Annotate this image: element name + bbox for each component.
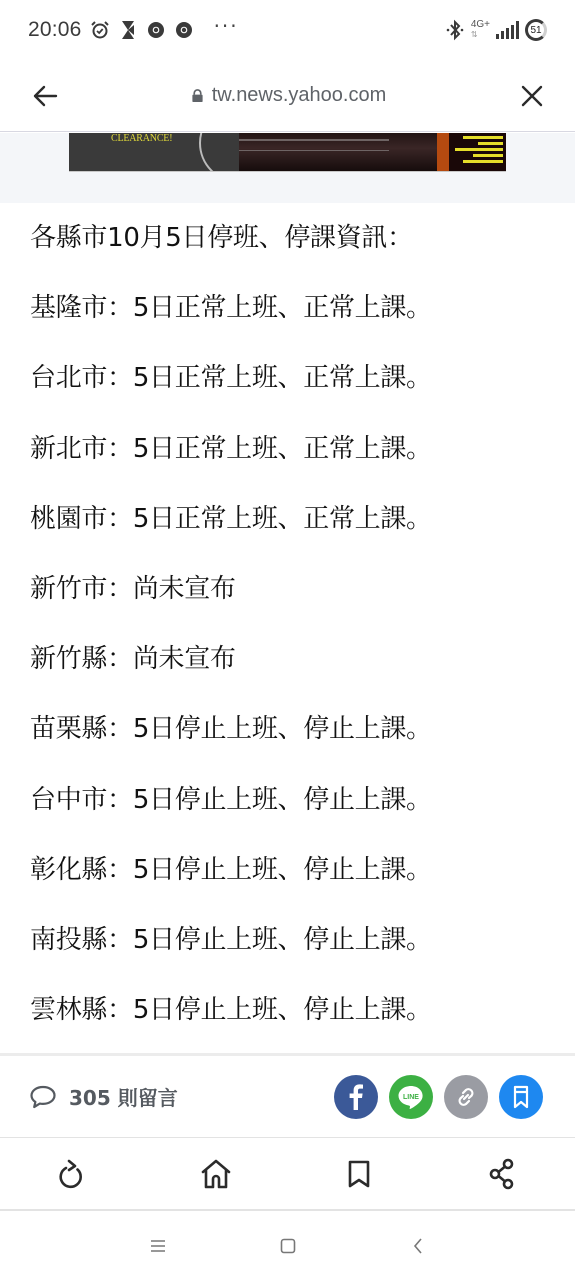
link-icon <box>453 1084 479 1110</box>
comment-count: 305 則留言 <box>69 1082 178 1111</box>
refresh-button[interactable] <box>42 1144 102 1204</box>
region-name: 基隆市 <box>30 293 107 323</box>
app-icon <box>118 20 138 40</box>
region-status: 5日停止上班、停止上課。 <box>133 785 432 815</box>
region-status: 5日正常上班、正常上課。 <box>133 363 432 393</box>
region-status: 尚未宣布 <box>133 574 236 604</box>
battery-level: 51 <box>530 25 541 36</box>
back-button[interactable] <box>30 81 60 111</box>
article-line: 南投縣：5日停止上班、停止上課。 <box>0 905 575 975</box>
region-status: 尚未宣布 <box>133 644 236 674</box>
comment-icon <box>29 1084 57 1110</box>
region-status: 5日停止上班、停止上課。 <box>133 925 432 955</box>
network-type: 4G+ <box>471 20 490 30</box>
comment-share-bar: 305 則留言 LINE <box>0 1053 575 1137</box>
recents-button[interactable] <box>143 1231 173 1261</box>
separator: ： <box>107 644 133 674</box>
home-button[interactable] <box>186 1144 246 1204</box>
article-body: 各縣市10月5日停班、停課資訊： 基隆市：5日正常上班、正常上課。 台北市：5日… <box>0 203 575 1045</box>
separator: ： <box>107 434 133 464</box>
status-bar: 20:06 ··· 4G+ ⇅ 51 <box>0 0 575 60</box>
region-name: 新竹縣 <box>30 644 107 674</box>
region-name: 彰化縣 <box>30 855 107 885</box>
region-name: 桃園市 <box>30 504 107 534</box>
separator: ： <box>107 995 133 1025</box>
article-line: 苗栗縣：5日停止上班、停止上課。 <box>0 694 575 764</box>
more-notifications-icon: ··· <box>214 16 239 36</box>
custom-tab-toolbar: tw.news.yahoo.com <box>0 60 575 132</box>
comment-count-number: 305 <box>69 1086 111 1110</box>
bookmark-outline-icon <box>347 1159 371 1189</box>
menu-lines-icon <box>150 1239 166 1253</box>
article-line: 新北市：5日正常上班、正常上課。 <box>0 414 575 484</box>
article-line: 雲林縣：5日停止上班、停止上課。 <box>0 975 575 1045</box>
system-back-button[interactable] <box>403 1231 433 1261</box>
share-line-button[interactable]: LINE <box>389 1075 433 1119</box>
region-name: 新北市 <box>30 434 107 464</box>
share-buttons: LINE <box>334 1075 543 1119</box>
close-icon <box>521 85 543 107</box>
region-name: 台北市 <box>30 363 107 393</box>
separator: ： <box>107 855 133 885</box>
region-name: 南投縣 <box>30 925 107 955</box>
chevron-left-icon <box>412 1237 424 1255</box>
chrome-icon <box>174 20 194 40</box>
square-icon <box>280 1238 296 1254</box>
article-line: 彰化縣：5日停止上班、停止上課。 <box>0 835 575 905</box>
bookmark-icon <box>512 1085 530 1109</box>
refresh-icon <box>58 1158 86 1190</box>
separator: ： <box>107 504 133 534</box>
signal-icon <box>496 21 519 39</box>
system-home-button[interactable] <box>273 1231 303 1261</box>
region-status: 5日停止上班、停止上課。 <box>133 995 432 1025</box>
article-line: 新竹縣：尚未宣布 <box>0 624 575 694</box>
image-caption-text: CLEARANCE! <box>111 133 172 144</box>
chrome-icon <box>146 20 166 40</box>
system-navigation-bar <box>0 1211 575 1280</box>
region-name: 新竹市 <box>30 574 107 604</box>
article-heading: 各縣市10月5日停班、停課資訊： <box>0 203 575 273</box>
save-bookmark-button[interactable] <box>499 1075 543 1119</box>
share-button[interactable] <box>473 1144 533 1204</box>
battery-icon: 51 <box>525 19 547 41</box>
svg-text:LINE: LINE <box>403 1094 419 1101</box>
separator: ： <box>107 714 133 744</box>
separator: ： <box>107 574 133 604</box>
separator: ： <box>107 293 133 323</box>
separator: ： <box>107 925 133 955</box>
share-facebook-button[interactable] <box>334 1075 378 1119</box>
region-status: 5日正常上班、正常上課。 <box>133 434 432 464</box>
article-line: 基隆市：5日正常上班、正常上課。 <box>0 273 575 343</box>
network-indicator: 4G+ ⇅ <box>471 20 490 40</box>
region-status: 5日停止上班、停止上課。 <box>133 855 432 885</box>
clock: 20:06 <box>28 18 82 42</box>
line-icon: LINE <box>396 1083 426 1111</box>
url-display[interactable]: tw.news.yahoo.com <box>191 84 387 107</box>
article-image[interactable]: CLEARANCE! <box>69 133 506 171</box>
alarm-icon <box>90 20 110 40</box>
hero-image-area: CLEARANCE! <box>0 133 575 203</box>
share-icon <box>488 1157 518 1191</box>
region-status: 5日停止上班、停止上課。 <box>133 714 432 744</box>
bluetooth-icon <box>445 20 465 40</box>
bottom-toolbar <box>0 1137 575 1211</box>
separator: ： <box>107 785 133 815</box>
region-name: 苗栗縣 <box>30 714 107 744</box>
status-bar-left: 20:06 ··· <box>28 18 239 42</box>
region-status: 5日正常上班、正常上課。 <box>133 504 432 534</box>
data-arrows-icon: ⇅ <box>471 30 478 40</box>
home-icon <box>200 1158 232 1190</box>
status-bar-right: 4G+ ⇅ 51 <box>445 19 547 41</box>
facebook-icon <box>349 1084 363 1110</box>
comment-count-label: 則留言 <box>118 1086 178 1110</box>
copy-link-button[interactable] <box>444 1075 488 1119</box>
arrow-left-icon <box>32 84 58 108</box>
separator: ： <box>107 363 133 393</box>
region-status: 5日正常上班、正常上課。 <box>133 293 432 323</box>
bookmark-button[interactable] <box>329 1144 389 1204</box>
lock-icon <box>191 89 204 102</box>
article-line: 台中市：5日停止上班、停止上課。 <box>0 765 575 835</box>
url-text: tw.news.yahoo.com <box>212 84 387 107</box>
comments-link[interactable]: 305 則留言 <box>29 1082 178 1111</box>
close-button[interactable] <box>517 81 547 111</box>
article-line: 台北市：5日正常上班、正常上課。 <box>0 343 575 413</box>
region-name: 雲林縣 <box>30 995 107 1025</box>
article-line: 桃園市：5日正常上班、正常上課。 <box>0 484 575 554</box>
article-line: 新竹市：尚未宣布 <box>0 554 575 624</box>
region-name: 台中市 <box>30 785 107 815</box>
